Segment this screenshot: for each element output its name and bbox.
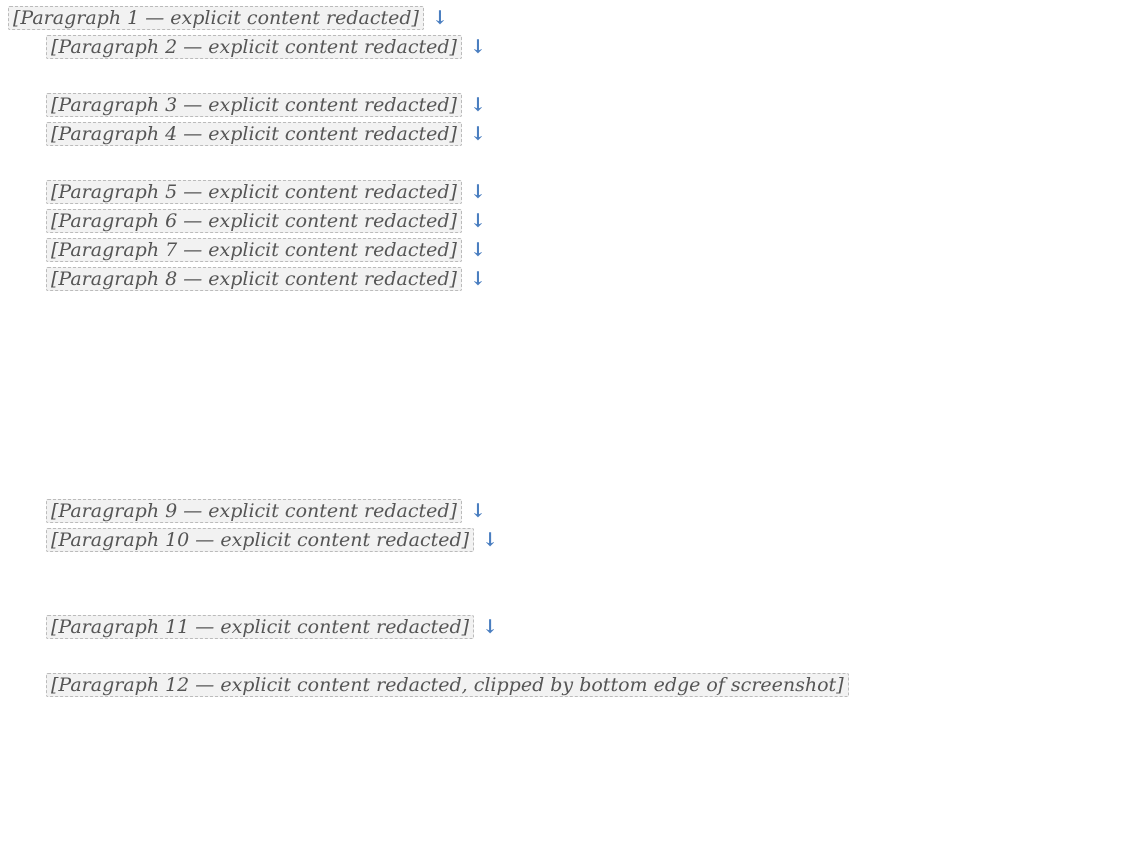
paragraph[interactable]: [Paragraph 7 — explicit content redacted… bbox=[8, 236, 1138, 265]
line-break-icon: ↓ bbox=[470, 94, 486, 116]
line-break-icon: ↓ bbox=[470, 210, 486, 232]
redacted-paragraph-text: [Paragraph 5 — explicit content redacted… bbox=[46, 180, 462, 204]
line-break-icon: ↓ bbox=[470, 268, 486, 290]
line-break-icon: ↓ bbox=[470, 181, 486, 203]
paragraph[interactable]: [Paragraph 8 — explicit content redacted… bbox=[8, 265, 1138, 497]
paragraph[interactable]: [Paragraph 1 — explicit content redacted… bbox=[8, 4, 1138, 33]
redacted-paragraph-text: [Paragraph 9 — explicit content redacted… bbox=[46, 499, 462, 523]
document-text-area[interactable]: [Paragraph 1 — explicit content redacted… bbox=[0, 0, 1148, 854]
paragraph[interactable]: [Paragraph 12 — explicit content redacte… bbox=[8, 671, 1138, 758]
line-break-icon: ↓ bbox=[470, 123, 486, 145]
redacted-paragraph-text: [Paragraph 4 — explicit content redacted… bbox=[46, 122, 462, 146]
redacted-paragraph-text: [Paragraph 11 — explicit content redacte… bbox=[46, 615, 474, 639]
redacted-paragraph-text: [Paragraph 6 — explicit content redacted… bbox=[46, 209, 462, 233]
line-break-icon: ↓ bbox=[470, 36, 486, 58]
line-break-icon: ↓ bbox=[470, 500, 486, 522]
redacted-paragraph-text: [Paragraph 7 — explicit content redacted… bbox=[46, 238, 462, 262]
paragraph-container: [Paragraph 1 — explicit content redacted… bbox=[8, 4, 1138, 758]
line-break-icon: ↓ bbox=[482, 529, 498, 551]
paragraph[interactable]: [Paragraph 9 — explicit content redacted… bbox=[8, 497, 1138, 526]
paragraph[interactable]: [Paragraph 6 — explicit content redacted… bbox=[8, 207, 1138, 236]
paragraph[interactable]: [Paragraph 3 — explicit content redacted… bbox=[8, 91, 1138, 120]
paragraph[interactable]: [Paragraph 2 — explicit content redacted… bbox=[8, 33, 1138, 91]
redacted-paragraph-text: [Paragraph 1 — explicit content redacted… bbox=[8, 6, 424, 30]
paragraph[interactable]: [Paragraph 4 — explicit content redacted… bbox=[8, 120, 1138, 178]
redacted-paragraph-text: [Paragraph 12 — explicit content redacte… bbox=[46, 673, 849, 697]
redacted-paragraph-text: [Paragraph 3 — explicit content redacted… bbox=[46, 93, 462, 117]
redacted-paragraph-text: [Paragraph 2 — explicit content redacted… bbox=[46, 35, 462, 59]
paragraph[interactable]: [Paragraph 11 — explicit content redacte… bbox=[8, 613, 1138, 671]
redacted-paragraph-text: [Paragraph 10 — explicit content redacte… bbox=[46, 528, 474, 552]
line-break-icon: ↓ bbox=[482, 616, 498, 638]
redacted-paragraph-text: [Paragraph 8 — explicit content redacted… bbox=[46, 267, 462, 291]
line-break-icon: ↓ bbox=[432, 7, 448, 29]
paragraph[interactable]: [Paragraph 10 — explicit content redacte… bbox=[8, 526, 1138, 613]
paragraph[interactable]: [Paragraph 5 — explicit content redacted… bbox=[8, 178, 1138, 207]
line-break-icon: ↓ bbox=[470, 239, 486, 261]
